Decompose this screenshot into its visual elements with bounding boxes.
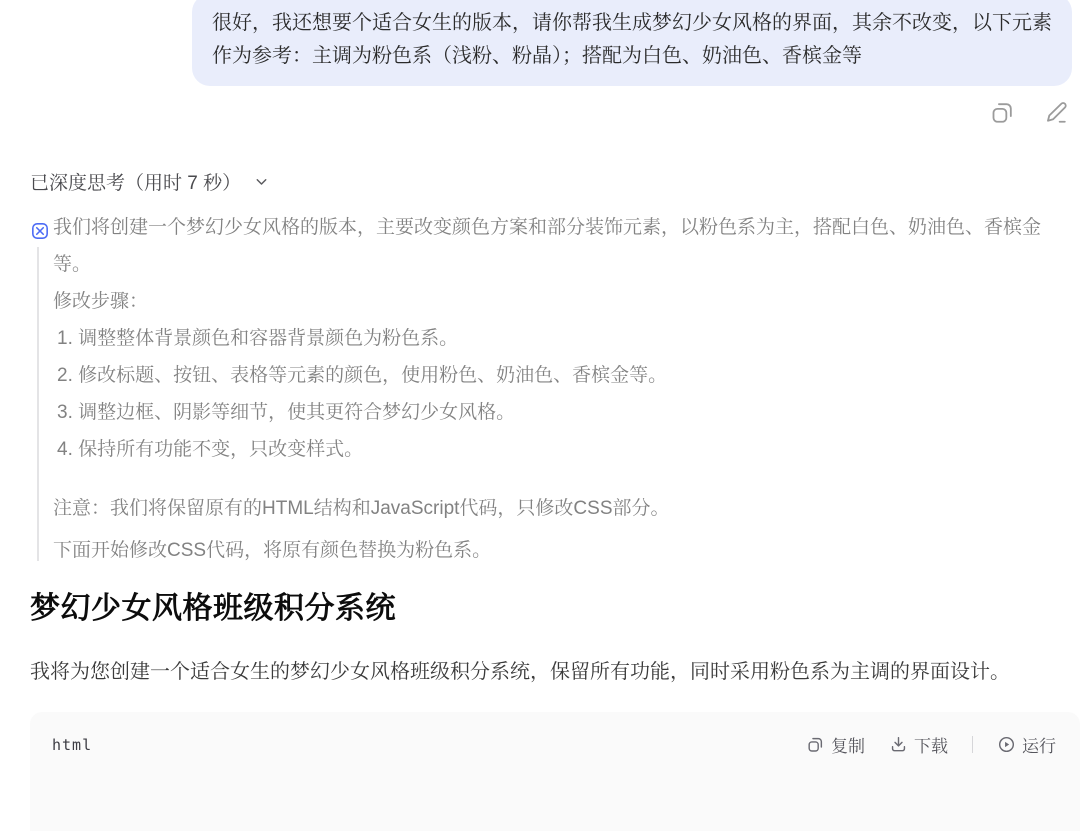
actions-divider xyxy=(972,736,973,753)
thinking-content: 我们将创建一个梦幻少女风格的版本，主要改变颜色方案和部分装饰元素，以粉色系为主，… xyxy=(30,209,1070,569)
run-code-button[interactable]: 运行 xyxy=(997,732,1056,757)
thinking-closing: 下面开始修改CSS代码，将原有颜色替换为粉色系。 xyxy=(53,532,1070,569)
thinking-toggle-label: 已深度思考（用时 7 秒） xyxy=(30,171,241,197)
code-actions: 复制 下载 xyxy=(806,732,1056,757)
thinking-steps-list: 1. 调整整体背景颜色和容器背景颜色为粉色系。 2. 修改标题、按钮、表格等元素… xyxy=(53,320,1070,468)
download-code-label: 下载 xyxy=(914,732,948,757)
thinking-paragraph: 我们将创建一个梦幻少女风格的版本，主要改变颜色方案和部分装饰元素，以粉色系为主，… xyxy=(53,209,1070,283)
user-message-bubble: 很好，我还想要个适合女生的版本，请你帮我生成梦幻少女风格的界面，其余不改变，以下… xyxy=(192,0,1072,86)
thinking-note: 注意：我们将保留原有的HTML结构和JavaScript代码，只修改CSS部分。 xyxy=(53,490,1070,527)
thinking-step: 2. 修改标题、按钮、表格等元素的颜色，使用粉色、奶油色、香槟金等。 xyxy=(53,357,1070,394)
copy-code-label: 复制 xyxy=(831,732,865,757)
run-code-label: 运行 xyxy=(1022,732,1056,757)
chevron-down-icon xyxy=(253,170,270,198)
thinking-steps-label: 修改步骤： xyxy=(53,283,1070,320)
copy-icon xyxy=(806,735,825,754)
message-actions-row xyxy=(0,86,1080,126)
edit-pencil-icon xyxy=(1043,99,1070,126)
copy-message-button[interactable] xyxy=(989,99,1016,126)
response-heading: 梦幻少女风格班级积分系统 xyxy=(30,589,1080,629)
response-paragraph: 我将为您创建一个适合女生的梦幻少女风格班级积分系统，保留所有功能，同时采用粉色系… xyxy=(30,653,1050,691)
copy-code-button[interactable]: 复制 xyxy=(806,732,865,757)
download-icon xyxy=(889,735,908,754)
thinking-step: 1. 调整整体背景颜色和容器背景颜色为粉色系。 xyxy=(53,320,1070,357)
copy-icon xyxy=(989,99,1016,126)
thinking-step: 4. 保持所有功能不变，只改变样式。 xyxy=(53,431,1070,468)
deepthink-icon xyxy=(30,217,50,254)
edit-message-button[interactable] xyxy=(1043,99,1070,126)
thinking-step: 3. 调整边框、阴影等细节，使其更符合梦幻少女风格。 xyxy=(53,394,1070,431)
code-block: html 复制 xyxy=(30,712,1080,831)
play-circle-icon xyxy=(997,735,1016,754)
download-code-button[interactable]: 下载 xyxy=(889,732,948,757)
user-message-row: 很好，我还想要个适合女生的版本，请你帮我生成梦幻少女风格的界面，其余不改变，以下… xyxy=(0,0,1080,86)
code-language-label: html xyxy=(52,736,92,754)
chat-conversation: 很好，我还想要个适合女生的版本，请你帮我生成梦幻少女风格的界面，其余不改变，以下… xyxy=(0,0,1080,831)
code-block-header: html 复制 xyxy=(30,712,1080,757)
thinking-quote-line xyxy=(37,247,39,561)
thinking-toggle[interactable]: 已深度思考（用时 7 秒） xyxy=(30,170,270,198)
